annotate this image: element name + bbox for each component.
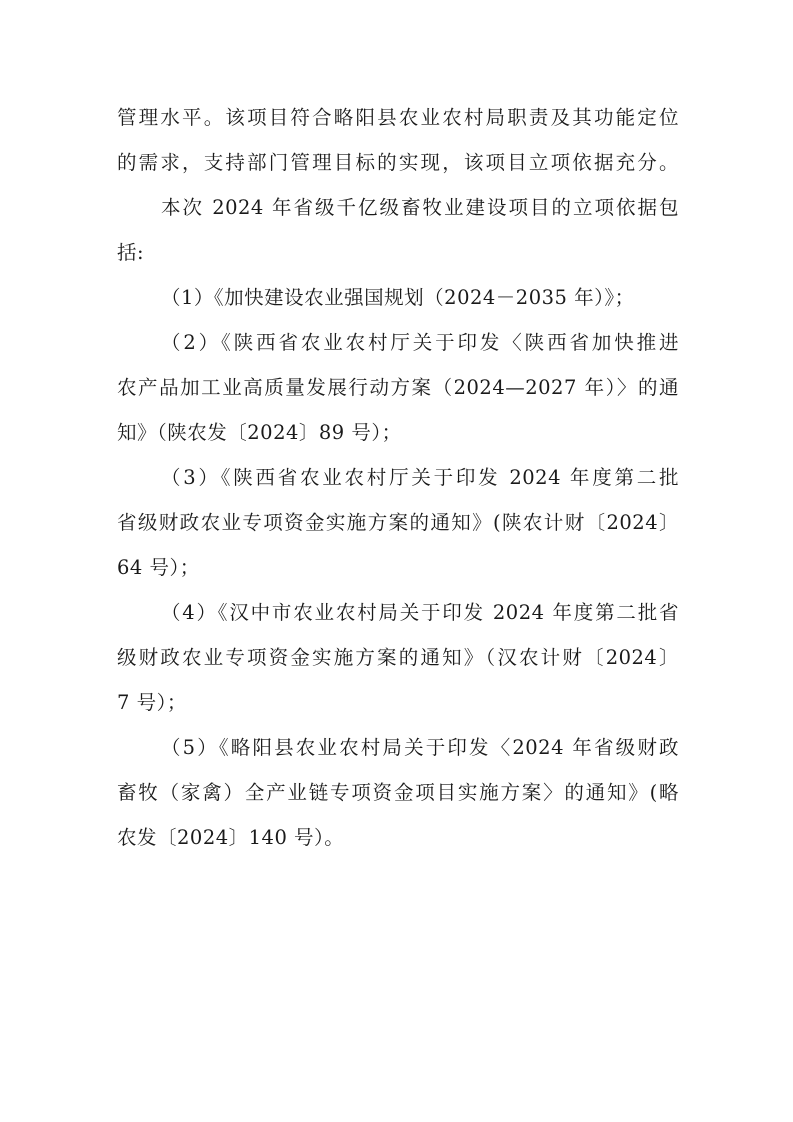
list-item-1: （1）《加快建设农业强国规划（2024－2035 年）》； bbox=[161, 283, 679, 313]
paragraph-line: 管理水平。该项目符合略阳县农业农村局职责及其功能定位 bbox=[117, 103, 679, 133]
list-item-4-end: 7 号）； bbox=[117, 688, 679, 718]
list-item-3-end: 64 号）； bbox=[117, 553, 679, 583]
paragraph-line: 的需求，支持部门管理目标的实现，该项目立项依据充分。 bbox=[117, 148, 679, 178]
list-item-5: （5）《略阳县农业农村局关于印发〈2024 年省级财政 bbox=[161, 733, 679, 763]
paragraph-line: 本次 2024 年省级千亿级畜牧业建设项目的立项依据包 bbox=[161, 193, 679, 223]
list-item-5-end: 农发〔2024〕140 号）。 bbox=[117, 823, 679, 853]
list-item-5-cont: 畜牧（家禽）全产业链专项资金项目实施方案〉的通知》(略 bbox=[117, 778, 679, 808]
list-item-2: （2）《陕西省农业农村厅关于印发〈陕西省加快推进 bbox=[161, 328, 679, 358]
paragraph-line: 括: bbox=[117, 238, 679, 268]
list-item-4: （4）《汉中市农业农村局关于印发 2024 年度第二批省 bbox=[161, 598, 679, 628]
list-item-2-cont: 农产品加工业高质量发展行动方案（2024—2027 年）〉的通 bbox=[117, 373, 679, 403]
list-item-2-end: 知》（陕农发〔2024〕89 号）； bbox=[117, 418, 679, 448]
list-item-4-cont: 级财政农业专项资金实施方案的通知》（汉农计财〔2024〕 bbox=[117, 643, 679, 673]
document-page: 管理水平。该项目符合略阳县农业农村局职责及其功能定位 的需求，支持部门管理目标的… bbox=[0, 0, 793, 1122]
list-item-3-cont: 省级财政农业专项资金实施方案的通知》(陕农计财〔2024〕 bbox=[117, 508, 679, 538]
list-item-3: （3）《陕西省农业农村厅关于印发 2024 年度第二批 bbox=[161, 463, 679, 493]
